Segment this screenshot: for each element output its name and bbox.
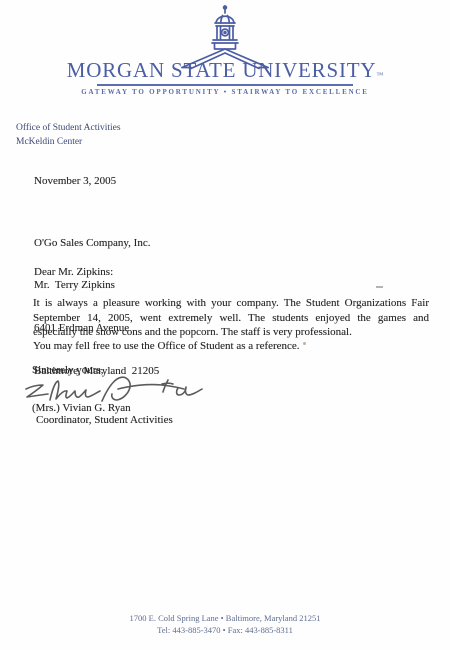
letter-date: November 3, 2005 [34, 175, 116, 187]
office-building: McKeldin Center [16, 135, 121, 149]
office-address-block: Office of Student Activities McKeldin Ce… [16, 121, 121, 149]
signer-name: (Mrs.) Vivian G. Ryan [32, 402, 131, 414]
office-department: Office of Student Activities [16, 121, 121, 135]
recipient-contact: Mr. Terry Zipkins [34, 278, 159, 292]
cupola-dome [216, 16, 234, 23]
salutation: Dear Mr. Zipkins: [34, 266, 113, 278]
university-name: MORGAN STATE UNIVERSITY [67, 58, 377, 82]
recipient-company: O'Go Sales Company, Inc. [34, 236, 159, 250]
scan-artifact-dot [303, 342, 306, 345]
body-line: September 14, 2005, went extremely well.… [33, 311, 429, 326]
footer-address-block: 1700 E. Cold Spring Lane • Baltimore, Ma… [0, 612, 450, 636]
body-line: It is always a pleasure working with you… [33, 296, 429, 311]
footer-street-address: 1700 E. Cold Spring Lane • Baltimore, Ma… [0, 612, 450, 624]
footer-phone-fax: Tel: 443-885-3470 • Fax: 443-885-8311 [0, 624, 450, 636]
body-line: especially the snow cons and the popcorn… [33, 325, 429, 340]
cupola-finial-ball [224, 6, 227, 9]
university-tagline: GATEWAY TO OPPORTUNITY • STAIRWAY TO EXC… [0, 88, 450, 96]
body-paragraph-2: You may fell free to use the Office of S… [33, 340, 300, 352]
university-wordmark: MORGAN STATE UNIVERSITY™ [0, 58, 450, 83]
signer-title: Coordinator, Student Activities [36, 414, 173, 426]
trademark-symbol: ™ [376, 71, 383, 79]
scanned-letter-page: MORGAN STATE UNIVERSITY™ GATEWAY TO OPPO… [0, 0, 450, 650]
body-paragraph-1: It is always a pleasure working with you… [33, 296, 429, 340]
scan-artifact-dash [376, 286, 383, 288]
wordmark-underline-rule [97, 84, 353, 86]
